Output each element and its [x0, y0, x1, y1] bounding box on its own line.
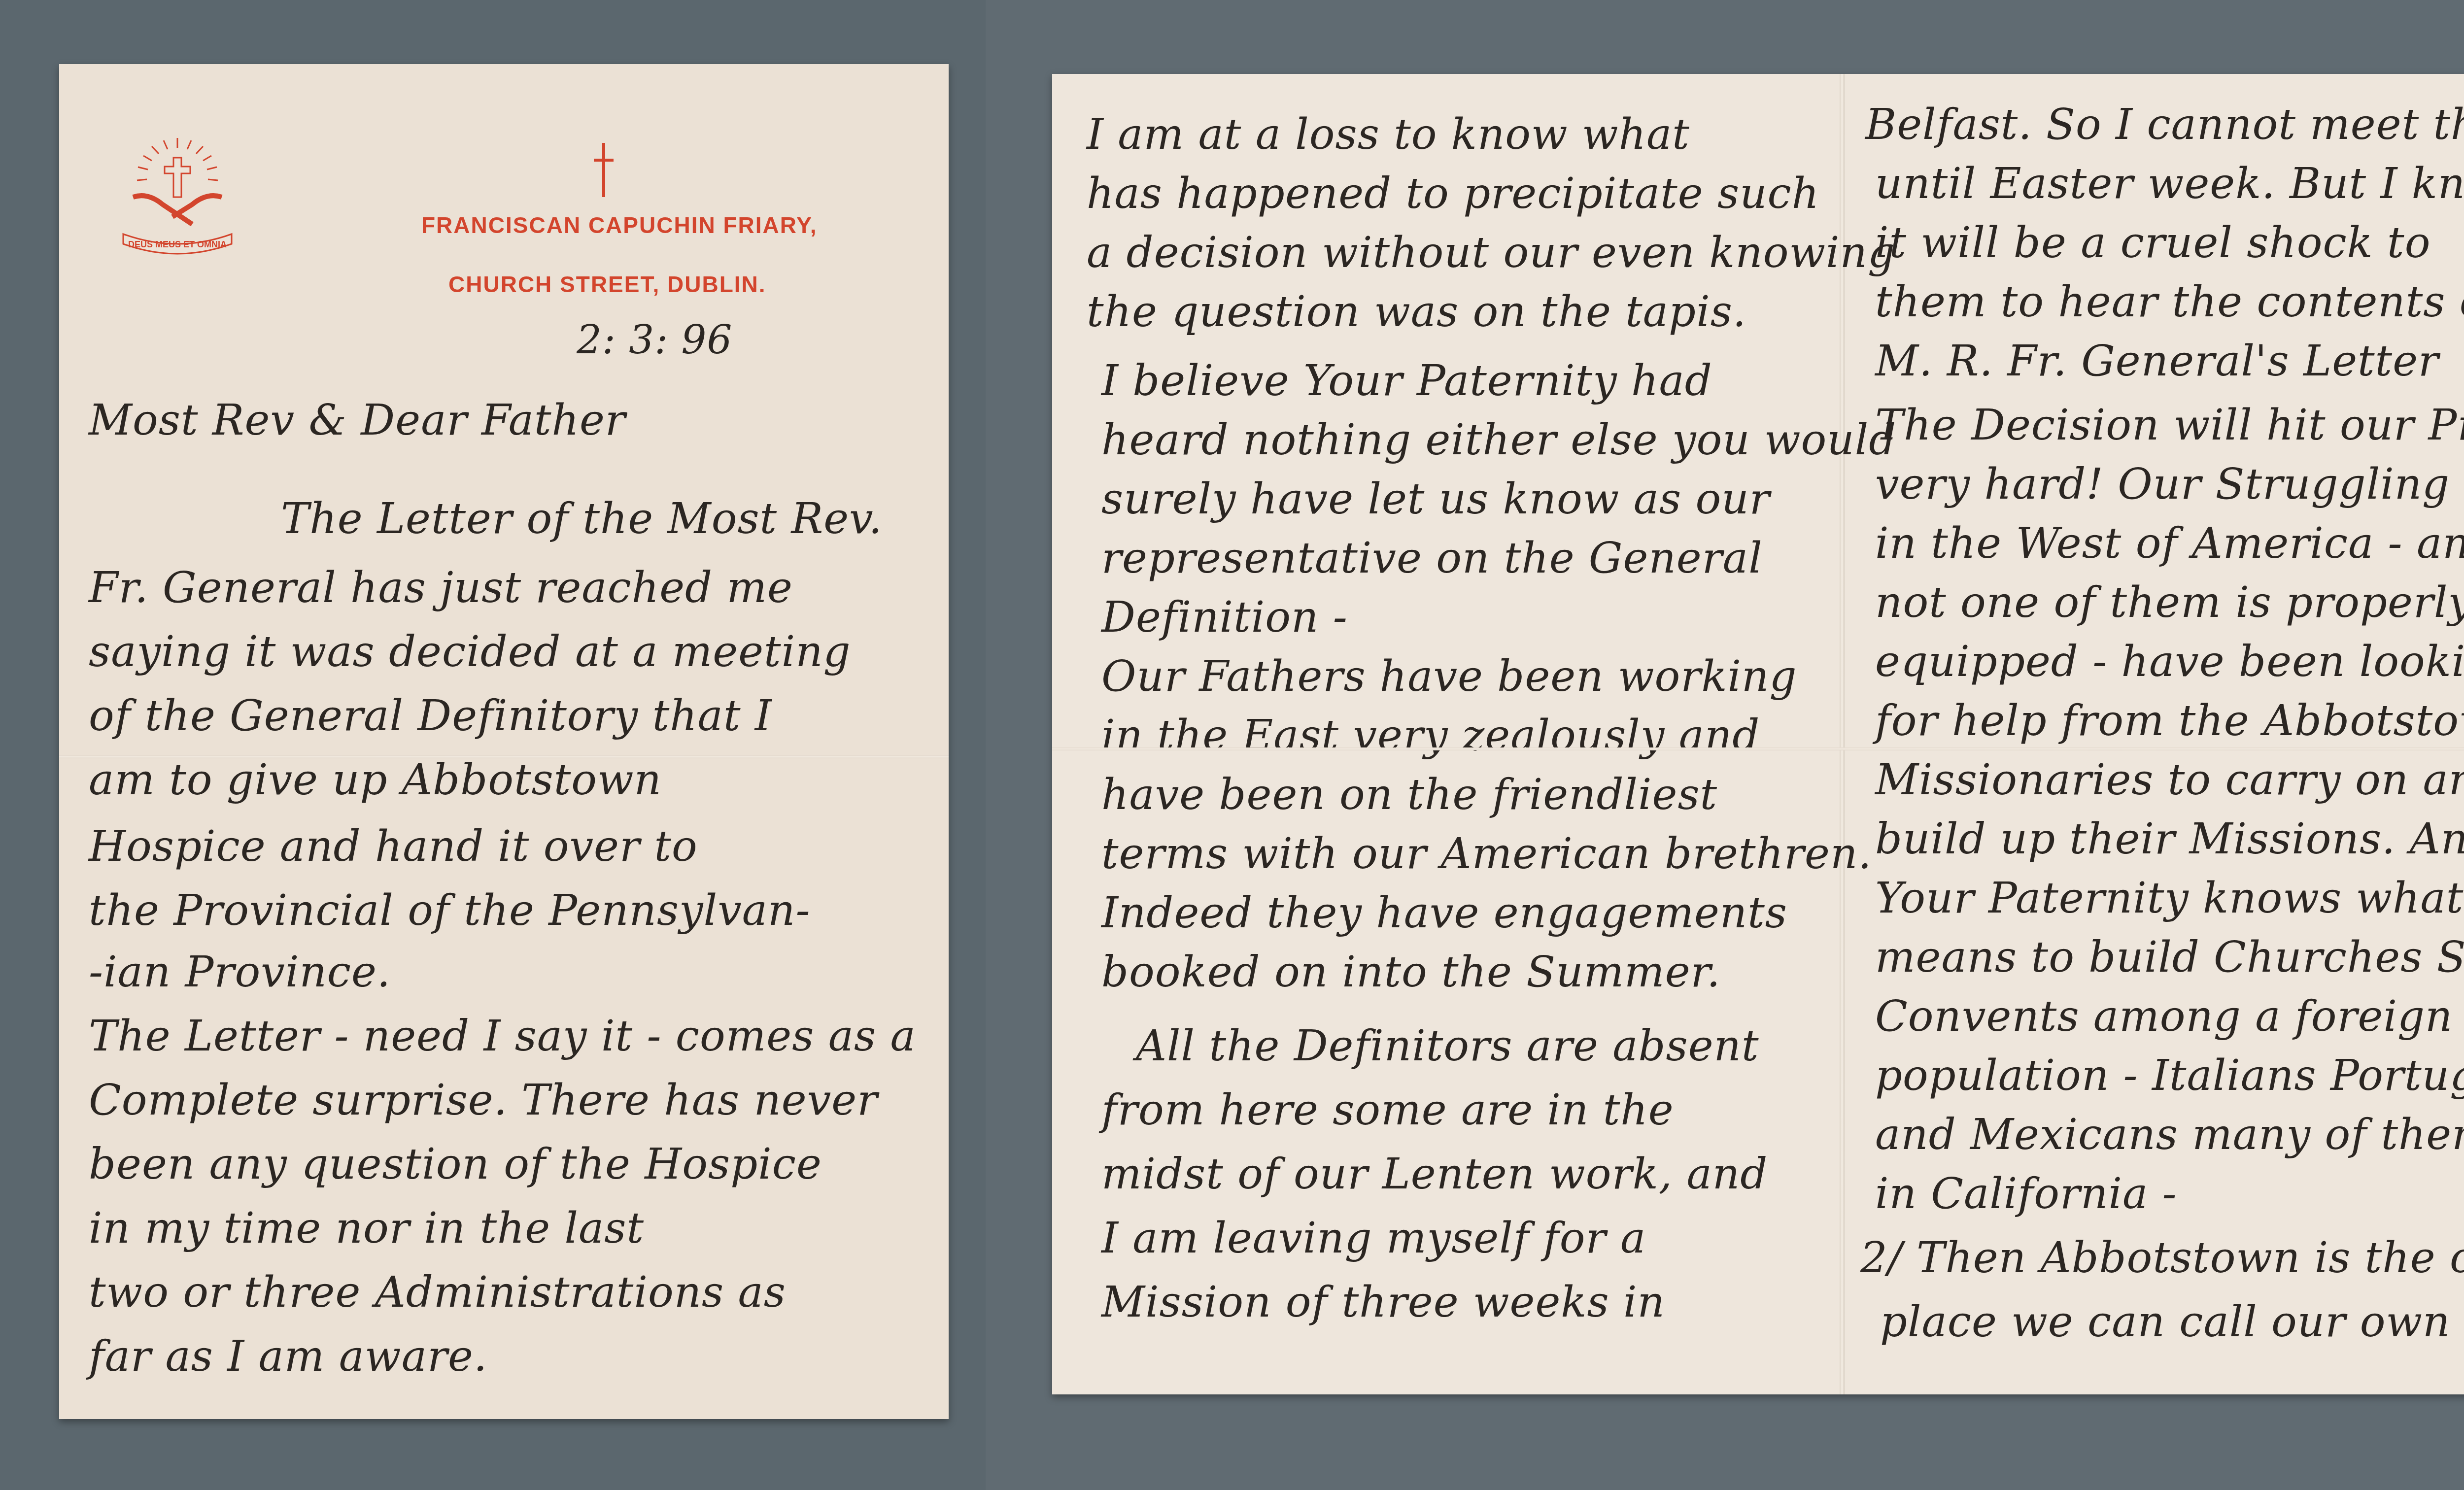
body-line: surely have let us know as our — [1101, 478, 1770, 520]
body-line: of the General Definitory that I — [89, 695, 772, 737]
body-line: in my time nor in the last — [89, 1207, 644, 1250]
body-line: All the Definitors are absent — [1136, 1025, 1759, 1067]
body-line: means to build Churches Schools — [1875, 936, 2464, 979]
crest-icon: DEUS MEUS ET OMNIA — [113, 138, 241, 256]
body-line: and Mexicans many of them — [1875, 1114, 2464, 1156]
body-line: midst of our Lenten work, and — [1101, 1153, 1768, 1195]
body-line: The Decision will hit our Province — [1875, 404, 2464, 446]
body-line: I am at a loss to know what — [1087, 113, 1690, 156]
body-line: far as I am aware. — [89, 1335, 487, 1378]
body-line: in California - — [1875, 1173, 2177, 1215]
body-line: representative on the General — [1101, 537, 1763, 579]
body-line: have been on the friendliest — [1101, 774, 1717, 816]
body-line: two or three Administrations as — [89, 1271, 786, 1314]
body-line: Your Paternity knows what it — [1875, 877, 2464, 919]
body-line: Hospice and hand it over to — [89, 825, 698, 868]
body-line: very hard! Our Struggling missions — [1875, 463, 2464, 506]
salutation: Most Rev & Dear Father — [89, 399, 626, 441]
body-line: them to hear the contents of — [1875, 281, 2464, 323]
body-line: in the East very zealously and — [1101, 714, 1760, 757]
body-line: in the West of America - and — [1875, 522, 2464, 565]
body-line: a decision without our even knowing — [1087, 232, 1895, 274]
body-line: Convents among a foreign — [1875, 995, 2453, 1038]
body-line: saying it was decided at a meeting — [89, 631, 851, 673]
body-line: am to give up Abbotstown — [89, 759, 662, 801]
body-line: build up their Missions. And — [1875, 818, 2464, 860]
body-line: for help from the Abbotstown — [1875, 700, 2464, 742]
letterhead-address: CHURCH STREET, DUBLIN. — [448, 271, 766, 298]
body-line: Our Fathers have been working — [1101, 655, 1797, 698]
body-line: Indeed they have engagements — [1101, 892, 1787, 934]
body-line: The Letter - need I say it - comes as a — [89, 1015, 916, 1057]
body-line: Belfast. So I cannot meet them — [1865, 103, 2464, 146]
body-line: Definition - — [1101, 596, 1348, 639]
body-line: it will be a cruel shock to — [1875, 222, 2430, 264]
body-line: until Easter week. But I know — [1875, 163, 2464, 205]
letter-date: 2: 3: 96 — [577, 320, 732, 360]
letterhead-friary: FRANCISCAN CAPUCHIN FRIARY, — [421, 212, 818, 238]
body-line: Missionaries to carry on and — [1875, 759, 2464, 801]
body-line: population - Italians Portuguese — [1875, 1054, 2464, 1097]
body-line: M. R. Fr. General's Letter — [1875, 340, 2439, 382]
body-line: The Letter of the Most Rev. — [281, 498, 883, 540]
body-line: I am leaving myself for a — [1101, 1217, 1646, 1259]
body-line: terms with our American brethren. — [1101, 833, 1872, 875]
body-line: 2/ Then Abbotstown is the only resting — [1860, 1237, 2464, 1279]
crest-motto: DEUS MEUS ET OMNIA — [128, 239, 227, 249]
letter-page-1: DEUS MEUS ET OMNIA FRANCISCAN CAPUCHIN F… — [59, 64, 949, 1419]
body-line: I believe Your Paternity had — [1101, 360, 1712, 402]
body-line: place we can call our own — [1880, 1301, 2450, 1343]
body-line: has happened to precipitate such — [1087, 172, 1819, 215]
body-line: Fr. General has just reached me — [89, 567, 793, 609]
body-line: Mission of three weeks in — [1101, 1281, 1665, 1323]
body-line: the Provincial of the Pennsylvan- — [89, 889, 811, 932]
letter-spread-pages-2-3: I am at a loss to know what has happened… — [1052, 74, 2464, 1394]
body-line: equipped - have been looking — [1875, 641, 2464, 683]
body-line: the question was on the tapis. — [1087, 291, 1746, 333]
body-line: heard nothing either else you would — [1101, 419, 1896, 461]
body-line: been any question of the Hospice — [89, 1143, 822, 1185]
body-line: -ian Province. — [89, 951, 391, 993]
body-line: Complete surprise. There has never — [89, 1079, 878, 1121]
body-line: from here some are in the — [1101, 1089, 1674, 1131]
cross-icon — [594, 143, 614, 197]
body-line: booked on into the Summer. — [1101, 951, 1721, 993]
body-line: not one of them is properly — [1875, 581, 2464, 624]
